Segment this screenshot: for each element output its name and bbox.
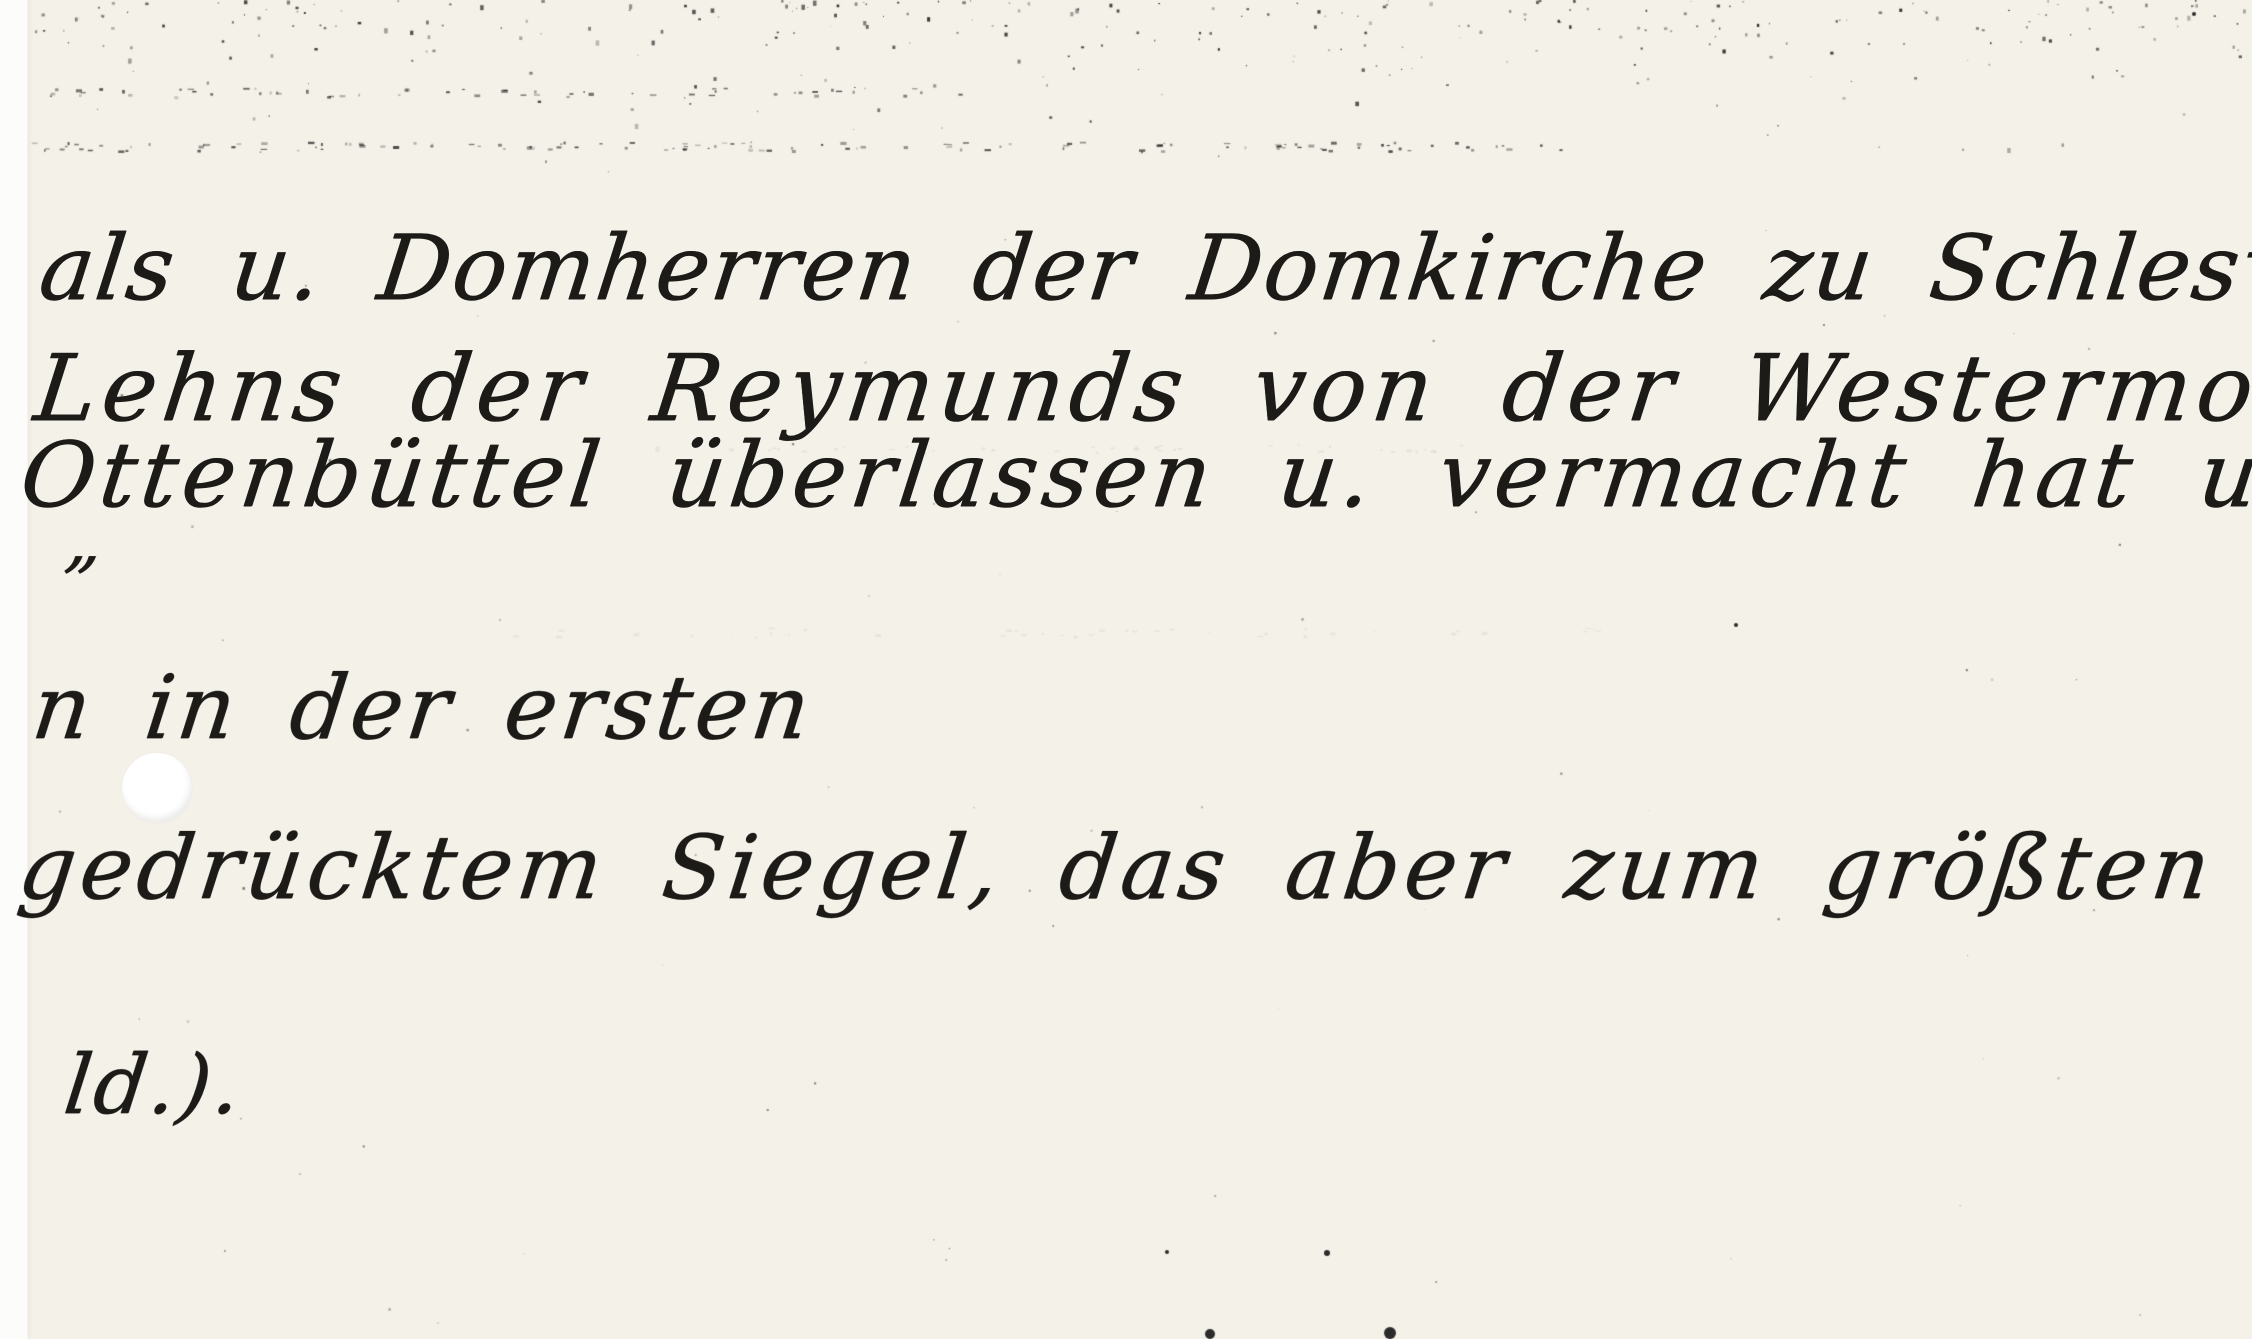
punch-hole: [122, 753, 192, 823]
handwritten-line-6: ld.).: [60, 1045, 248, 1127]
handwritten-line-5: gedrücktem Siegel, das aber zum größten: [14, 824, 2219, 912]
handwritten-line-4: n in der ersten: [28, 664, 818, 752]
handwritten-line-3: Ottenbüttel überlassen u. vermacht hat u…: [16, 431, 2252, 521]
handwritten-line-1: als u. Domherren der Domkirche zu Schles…: [35, 224, 2252, 314]
scan-edge-margin: [0, 0, 28, 1339]
stray-ink-mark: „: [62, 505, 107, 575]
scanned-page: als u. Domherren der Domkirche zu Schles…: [0, 0, 2252, 1339]
handwritten-line-2: Lehns der Reymunds von der Westermolen: [30, 343, 2252, 435]
